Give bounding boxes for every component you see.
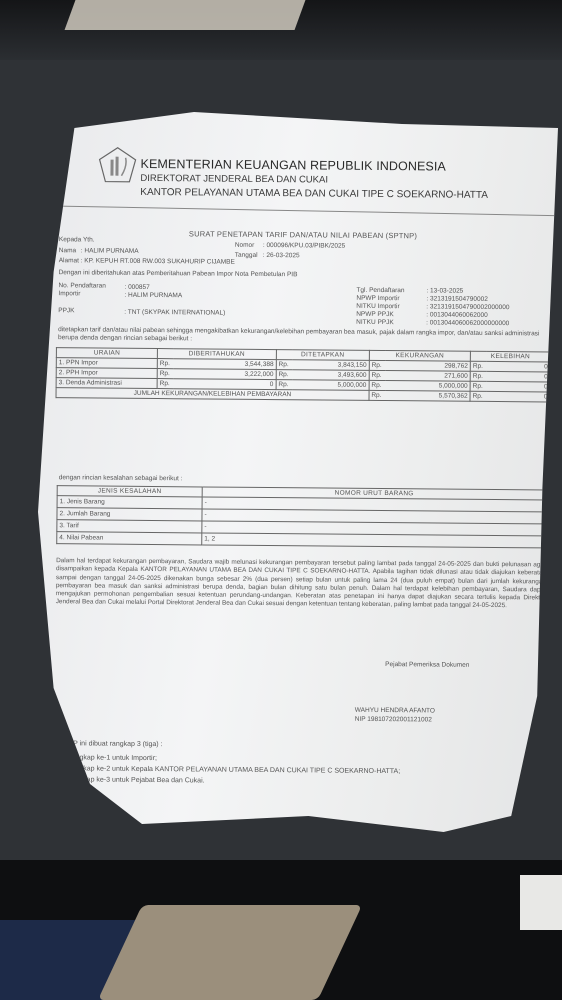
currency-cell: Rp. — [470, 361, 487, 371]
currency-cell: Rp. — [369, 390, 386, 400]
signer-name: WAHYU HENDRA AFANTO — [355, 707, 435, 715]
amount-cell: 3,493,600 — [292, 370, 369, 381]
tanggal-label: Tanggal — [235, 252, 258, 259]
currency-cell: Rp. — [157, 369, 174, 379]
detail-label: NITKU PPJK — [356, 319, 394, 326]
background-object — [98, 905, 362, 1000]
payment-table: URAIAN DIBERITAHUKAN DITETAPKAN KEKURANG… — [56, 347, 551, 402]
recipient-name: : HALIM PURNAMA — [81, 247, 139, 255]
ministry-name: KEMENTERIAN KEUANGAN REPUBLIK INDONESIA — [140, 157, 445, 174]
detail-label: NPWP PPJK — [356, 311, 394, 318]
nomor-label: Nomor — [235, 242, 255, 249]
notes-label: Keterangan : — [56, 807, 93, 814]
detail-value: : 0013044060062000000000 — [426, 319, 509, 327]
copies-list: - Rangkap ke-1 untuk Importir; - Rangkap… — [62, 752, 400, 788]
currency-cell: Rp. — [276, 370, 293, 380]
detail-value: : 3213191504790002000000 — [426, 303, 509, 311]
currency-cell: Rp. — [157, 379, 174, 389]
recipient-greeting: Kepada Yth. — [59, 236, 95, 243]
detail-label: Tgl. Pendaftaran — [356, 287, 404, 294]
background-object — [520, 875, 562, 930]
detail-value: : 13-03-2025 — [426, 287, 463, 294]
ministry-emblem-icon — [97, 146, 137, 186]
currency-cell: Rp. — [276, 380, 293, 390]
copies-intro: SPTNP ini dibuat rangkap 3 (tiga) : — [54, 740, 162, 748]
detail-value: : HALIM PURNAMA — [124, 292, 182, 300]
detail-value: : TNT (SKYPAK INTERNATIONAL) — [124, 309, 225, 317]
currency-cell: Rp. — [369, 370, 386, 380]
recipient-address: : KP. KEPUH RT.008 RW.003 SUKAHURIP CIJA… — [81, 257, 235, 265]
detail-label: Importir — [58, 290, 80, 297]
notes-text: *) coret yang tidak perlu — [56, 816, 125, 824]
amount-cell: 3,843,150 — [293, 360, 370, 371]
signer-nip: NIP 198107202001121002 — [355, 716, 432, 724]
document-title: SURAT PENETAPAN TARIF DAN/ATAU NILAI PAB… — [189, 229, 417, 240]
amount-cell: 0 — [487, 381, 551, 392]
detail-label: NITKU Importir — [356, 303, 399, 310]
office-name: KANTOR PELAYANAN UTAMA BEA DAN CUKAI TIP… — [140, 187, 488, 201]
error-table: JENIS KESALAHAN NOMOR URUT BARANG 1. Jen… — [56, 485, 546, 548]
tanggal-value: : 26-03-2025 — [263, 252, 300, 259]
amount-cell: 0 — [487, 361, 551, 372]
detail-label: PPJK — [58, 307, 74, 314]
statement-text: ditetapkan tarif dan/atau nilai pabean s… — [58, 326, 548, 346]
currency-cell: Rp. — [157, 359, 174, 369]
detail-label: No. Pendaftaran — [58, 282, 105, 289]
currency-cell: Rp. — [470, 371, 487, 381]
currency-cell: Rp. — [276, 360, 293, 370]
total-label: JUMLAH KEKURANGAN/KELEBIHAN PEMBAYARAN — [56, 388, 369, 401]
header-divider — [59, 206, 554, 217]
amount-cell: 0 — [487, 371, 551, 382]
detail-label: NPWP Importir — [356, 295, 399, 302]
detail-value: : 3213191504790002 — [426, 295, 488, 303]
directorate-name: DIREKTORAT JENDERAL BEA DAN CUKAI — [140, 173, 328, 186]
currency-cell: Rp. — [369, 360, 386, 370]
nomor-value: : 000096/KPU.03/PIBK/2025 — [263, 242, 345, 250]
intro-text: Dengan ini diberitahukan atas Pemberitah… — [59, 269, 298, 278]
error-intro: dengan rincian kesalahan sebagai berikut… — [59, 474, 183, 482]
item-number: 1, 2 — [202, 533, 546, 548]
currency-cell: Rp. — [470, 381, 487, 391]
detail-value: : 0013044060062000 — [426, 311, 488, 319]
column-header: KELEBIHAN — [470, 351, 550, 362]
detail-value: : 000857 — [124, 284, 149, 291]
amount-cell: 5,000,000 — [292, 380, 369, 391]
sptnp-document: KEMENTERIAN KEUANGAN REPUBLIK INDONESIA … — [38, 112, 558, 912]
recipient-address-label: Alamat — [59, 257, 79, 264]
total-kelebihan: 0 — [487, 391, 551, 402]
body-paragraph: Dalam hal terdapat kekurangan pembayaran… — [56, 557, 546, 611]
total-kekurangan: 5,570,362 — [385, 391, 470, 402]
signer-role: Pejabat Pemeriksa Dokumen — [385, 661, 469, 669]
background-object — [65, 0, 306, 30]
error-type: 4. Nilai Pabean — [57, 532, 202, 545]
currency-cell: Rp. — [369, 380, 386, 390]
recipient-name-label: Nama — [59, 247, 76, 254]
currency-cell: Rp. — [470, 391, 487, 401]
